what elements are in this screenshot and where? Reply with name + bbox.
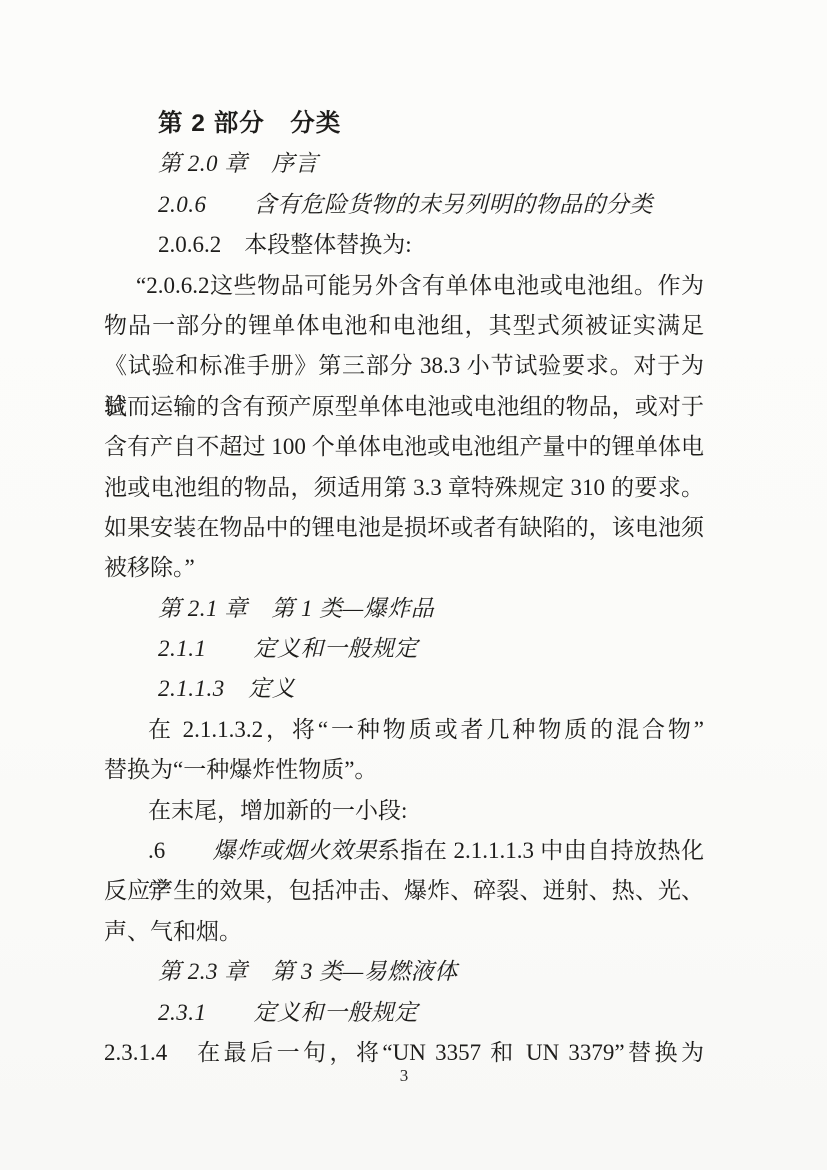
scanned-document-page: 第 2 部分 分类 第 2.0 章 序言 2.0.6 含有危险货物的未另列明的物… (0, 0, 827, 1170)
add-paragraph-note: 在末尾，增加新的一小段: (148, 791, 704, 831)
section-2-1-1-3-heading: 2.1.1.3 定义 (158, 669, 704, 709)
definition-6-term: 爆炸或烟火效果 (213, 838, 377, 863)
document-text-block: 第 2 部分 分类 第 2.0 章 序言 2.0.6 含有危险货物的未另列明的物… (104, 104, 704, 1073)
quote-para-line-4: 验而运输的含有预产原型单体电池或电池组的物品，或对于 (104, 387, 704, 427)
chapter-2-3-heading: 第 2.3 章 第 3 类—易燃液体 (158, 952, 704, 992)
section-2-1-1-heading: 2.1.1 定义和一般规定 (158, 629, 704, 669)
definition-6-line-2: 反应产生的效果，包括冲击、爆炸、碎裂、迸射、热、光、 (104, 871, 704, 911)
quote-para-line-6: 池或电池组的物品，须适用第 3.3 章特殊规定 310 的要求。 (104, 468, 704, 508)
definition-6-line-1: .6 爆炸或烟火效果系指在 2.1.1.1.3 中由自持放热化学 (148, 831, 704, 871)
quote-para-line-8: 被移除。” (104, 548, 704, 588)
definition-6-number: .6 (148, 838, 213, 863)
quote-para-line-5: 含有产自不超过 100 个单体电池或电池组产量中的锂单体电 (104, 427, 704, 467)
section-2-3-1-heading: 2.3.1 定义和一般规定 (158, 993, 704, 1033)
quote-para-line-3: 《试验和标准手册》第三部分 38.3 小节试验要求。对于为试 (104, 346, 704, 386)
section-2-0-6-heading: 2.0.6 含有危险货物的未另列明的物品的分类 (158, 185, 704, 225)
amendment-2-1-1-3-2-line-1: 在 2.1.1.3.2，将“一种物质或者几种物质的混合物” (148, 710, 704, 750)
definition-6-line-3: 声、气和烟。 (104, 912, 704, 952)
chapter-2-0-heading: 第 2.0 章 序言 (158, 144, 704, 184)
amendment-2-1-1-3-2-line-2: 替换为“一种爆炸性物质”。 (104, 750, 704, 790)
chapter-2-1-heading: 第 2.1 章 第 1 类—爆炸品 (158, 589, 704, 629)
quote-para-line-2: 物品一部分的锂单体电池和电池组，其型式须被证实满足 (104, 306, 704, 346)
para-2-0-6-2-lead: 2.0.6.2 本段整体替换为: (158, 225, 704, 265)
quote-para-line-1: “2.0.6.2这些物品可能另外含有单体电池或电池组。作为 (136, 266, 704, 306)
page-number: 3 (104, 1062, 704, 1090)
part-heading: 第 2 部分 分类 (158, 104, 704, 144)
quote-para-line-7: 如果安装在物品中的锂电池是损坏或者有缺陷的，该电池须 (104, 508, 704, 548)
